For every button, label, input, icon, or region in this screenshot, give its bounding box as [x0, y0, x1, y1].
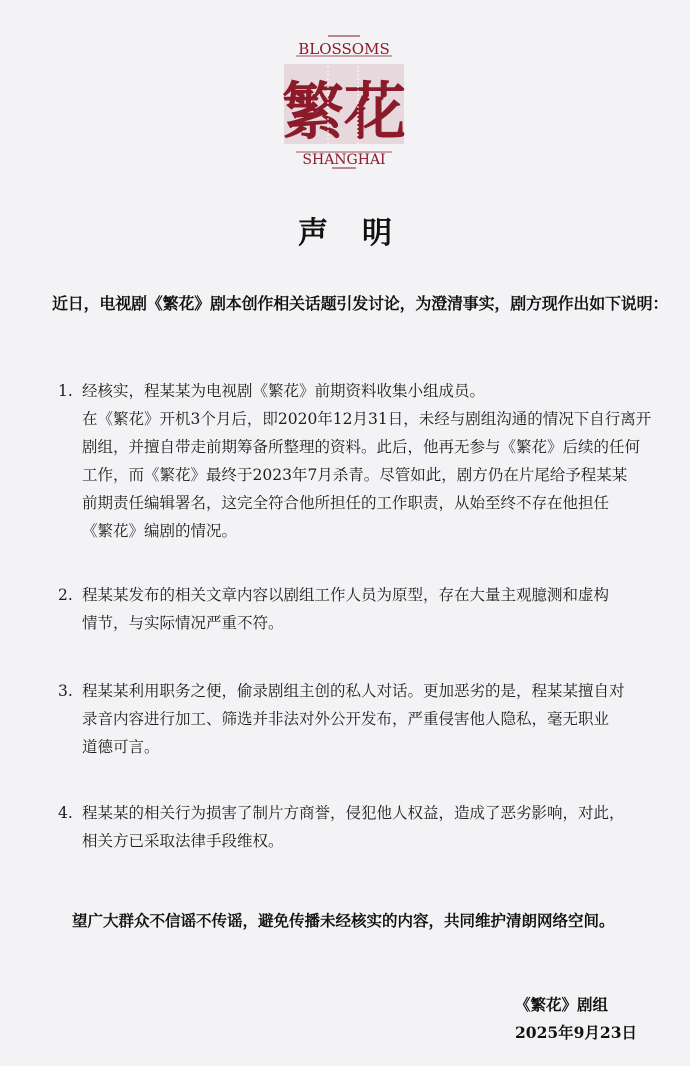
item-line: 道德可言。 — [82, 733, 638, 761]
item-line: 《繁花》编剧的情况。 — [82, 517, 638, 545]
closing-statement: 望广大群众不信谣不传谣，避免传播未经核实的内容，共同维护清朗网络空间。 — [72, 909, 615, 931]
statement-item-1: 1. 经核实，程某某为电视剧《繁花》前期资料收集小组成员。 在《繁花》开机3个月… — [58, 377, 638, 545]
statement-item-3: 3. 程某某利用职务之便，偷录剧组主创的私人对话。更加恶劣的是，程某某擅自对 录… — [58, 677, 638, 761]
item-line: 程某某利用职务之便，偷录剧组主创的私人对话。更加恶劣的是，程某某擅自对 — [82, 677, 638, 705]
intro-paragraph: 近日，电视剧《繁花》剧本创作相关话题引发讨论，为澄清事实，剧方现作出如下说明： — [52, 291, 670, 314]
item-line: 在《繁花》开机3个月后，即2020年12月31日，未经与剧组沟通的情况下自行离开 — [82, 405, 638, 433]
item-line: 工作，而《繁花》最终于2023年7月杀青。尽管如此，剧方仍在片尾给予程某某 — [82, 461, 638, 489]
blossoms-shanghai-logo: BLOSSOMS 繁花 SHANGHAI — [278, 30, 410, 170]
item-line: 经核实，程某某为电视剧《繁花》前期资料收集小组成员。 — [82, 377, 638, 405]
logo-bottom-text: SHANGHAI — [302, 152, 385, 168]
item-number: 1. — [58, 377, 73, 405]
item-line: 前期责任编辑署名，这完全符合他所担任的工作职责，从始至终不存在他担任 — [82, 489, 638, 517]
item-line: 录音内容进行加工、筛选并非法对外公开发布，严重侵害他人隐私，毫无职业 — [82, 705, 638, 733]
statement-item-4: 4. 程某某的相关行为损害了制片方商誉，侵犯他人权益，造成了恶劣影响，对此， 相… — [58, 799, 638, 855]
signature-org: 《繁花》剧组 — [515, 991, 637, 1019]
item-line: 相关方已采取法律手段维权。 — [82, 827, 638, 855]
item-line: 程某某的相关行为损害了制片方商誉，侵犯他人权益，造成了恶劣影响，对此， — [82, 799, 638, 827]
item-number: 2. — [58, 581, 73, 609]
page-title: 声明 — [0, 208, 690, 252]
item-line: 情节，与实际情况严重不符。 — [82, 609, 638, 637]
logo-top-text: BLOSSOMS — [298, 40, 390, 58]
item-line: 程某某发布的相关文章内容以剧组工作人员为原型，存在大量主观臆测和虚构 — [82, 581, 638, 609]
item-number: 3. — [58, 677, 73, 705]
signature-date: 2025年9月23日 — [515, 1019, 637, 1047]
item-number: 4. — [58, 799, 73, 827]
logo-main-text: 繁花 — [282, 75, 406, 148]
statement-item-2: 2. 程某某发布的相关文章内容以剧组工作人员为原型，存在大量主观臆测和虚构 情节… — [58, 581, 638, 637]
signature-block: 《繁花》剧组 2025年9月23日 — [515, 991, 637, 1047]
item-line: 剧组，并擅自带走前期筹备所整理的资料。此后，他再无参与《繁花》后续的任何 — [82, 433, 638, 461]
